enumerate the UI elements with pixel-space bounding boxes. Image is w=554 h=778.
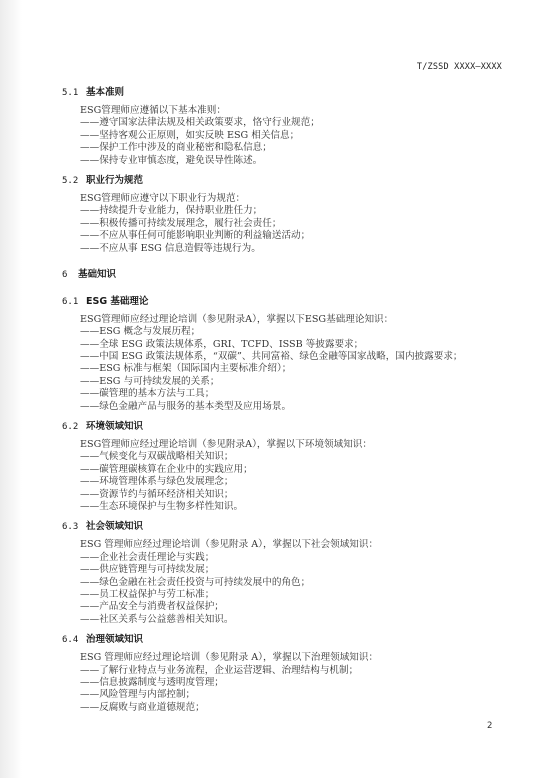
list-item: ——员工权益保护与劳工标准； (80, 589, 502, 601)
section-title: 治理领域知识 (86, 634, 143, 645)
list-item: ——企业社会责任理论与实践； (80, 552, 502, 564)
section-intro: ESG管理师应经过理论培训（参见附录A），掌握以下ESG基础理论知识： (80, 314, 502, 326)
list-item: ——保持专业审慎态度，避免误导性陈述。 (80, 155, 502, 167)
list-item: ——了解行业特点与业务流程，企业运营逻辑、治理结构与机制； (80, 665, 502, 677)
section-heading-6-4: 6.4治理领域知识 (62, 633, 502, 647)
section-title: 基本准则 (86, 87, 124, 98)
page-edge-shadow (0, 0, 22, 778)
section-number: 6.3 (62, 520, 86, 534)
list-item: ——ESG 概念与发展历程； (80, 326, 502, 338)
section-body-5-2: ESG管理师应遵守以下职业行为规范： ——持续提升专业能力，保持职业胜任力； —… (62, 193, 502, 255)
section-title: 社会领域知识 (86, 521, 143, 532)
section-intro: ESG管理师应遵守以下职业行为规范： (80, 193, 502, 205)
chapter-title: 基础知识 (78, 269, 116, 280)
section-title: ESG 基础理论 (86, 296, 148, 307)
list-item: ——碳管理的基本方法与工具； (80, 388, 502, 400)
chapter-number: 6 (62, 268, 78, 282)
list-item: ——环境管理体系与绿色发展理念； (80, 476, 502, 488)
list-item: ——资源节约与循环经济相关知识； (80, 489, 502, 501)
list-item: ——不应从事任何可能影响职业判断的利益输送活动； (80, 230, 502, 242)
section-body-6-4: ESG 管理师应经过理论培训（参见附录 A），掌握以下治理领域知识： ——了解行… (62, 652, 502, 714)
section-heading-6-1: 6.1ESG 基础理论 (62, 295, 502, 309)
section-number: 5.1 (62, 86, 86, 100)
list-item: ——供应链管理与可持续发展； (80, 564, 502, 576)
list-item: ——ESG 标准与框架（国际国内主要标准介绍）； (80, 363, 502, 375)
section-heading-5-2: 5.2职业行为规范 (62, 174, 502, 188)
list-item: ——积极传播可持续发展理念，履行社会责任； (80, 218, 502, 230)
list-item: ——生态环境保护与生物多样性知识。 (80, 501, 502, 513)
list-item: ——遵守国家法律法规及相关政策要求，恪守行业规范； (80, 117, 502, 129)
list-item: ——不应从事 ESG 信息造假等违规行为。 (80, 243, 502, 255)
list-item: ——保护工作中涉及的商业秘密和隐私信息； (80, 142, 502, 154)
chapter-heading-6: 6基础知识 (62, 268, 502, 282)
document-code: T/ZSSD XXXX—XXXX (417, 62, 502, 72)
list-item: ——绿色金融在社会责任投资与可持续发展中的角色； (80, 577, 502, 589)
section-number: 6.2 (62, 420, 86, 434)
list-item: ——绿色金融产品与服务的基本类型及应用场景。 (80, 401, 502, 413)
list-item: ——社区关系与公益慈善相关知识。 (80, 614, 502, 626)
list-item: ——中国 ESG 政策法规体系，“双碳”、共同富裕、绿色金融等国家战略，国内披露… (80, 351, 502, 363)
section-number: 6.4 (62, 633, 86, 647)
section-intro: ESG 管理师应经过理论培训（参见附录 A），掌握以下社会领域知识： (80, 539, 502, 551)
section-body-6-2: ESG管理师应经过理论培训（参见附录A），掌握以下环境领域知识： ——气候变化与… (62, 439, 502, 513)
list-item: ——产品安全与消费者权益保护； (80, 601, 502, 613)
section-intro: ESG管理师应遵循以下基本准则： (80, 105, 502, 117)
section-number: 5.2 (62, 174, 86, 188)
section-heading-6-2: 6.2环境领域知识 (62, 420, 502, 434)
list-item: ——气候变化与双碳战略相关知识； (80, 451, 502, 463)
section-heading-6-3: 6.3社会领域知识 (62, 520, 502, 534)
list-item: ——坚持客观公正原则，如实反映 ESG 相关信息； (80, 130, 502, 142)
section-title: 环境领域知识 (86, 421, 143, 432)
section-body-6-3: ESG 管理师应经过理论培训（参见附录 A），掌握以下社会领域知识： ——企业社… (62, 539, 502, 626)
section-heading-5-1: 5.1基本准则 (62, 86, 502, 100)
section-title: 职业行为规范 (86, 175, 143, 186)
list-item: ——风险管理与内部控制； (80, 689, 502, 701)
page-number: 2 (487, 721, 492, 731)
section-number: 6.1 (62, 295, 86, 309)
section-body-5-1: ESG管理师应遵循以下基本准则： ——遵守国家法律法规及相关政策要求，恪守行业规… (62, 105, 502, 167)
list-item: ——全球 ESG 政策法规体系，GRI、TCFD、ISSB 等披露要求； (80, 339, 502, 351)
list-item: ——ESG 与可持续发展的关系； (80, 376, 502, 388)
list-item: ——碳管理碳核算在企业中的实践应用； (80, 464, 502, 476)
list-item: ——反腐败与商业道德规范； (80, 702, 502, 714)
section-intro: ESG管理师应经过理论培训（参见附录A），掌握以下环境领域知识： (80, 439, 502, 451)
section-body-6-1: ESG管理师应经过理论培训（参见附录A），掌握以下ESG基础理论知识： ——ES… (62, 314, 502, 413)
list-item: ——信息披露制度与透明度管理； (80, 677, 502, 689)
document-body: 5.1基本准则 ESG管理师应遵循以下基本准则： ——遵守国家法律法规及相关政策… (62, 86, 502, 714)
list-item: ——持续提升专业能力，保持职业胜任力； (80, 205, 502, 217)
section-intro: ESG 管理师应经过理论培训（参见附录 A），掌握以下治理领域知识： (80, 652, 502, 664)
